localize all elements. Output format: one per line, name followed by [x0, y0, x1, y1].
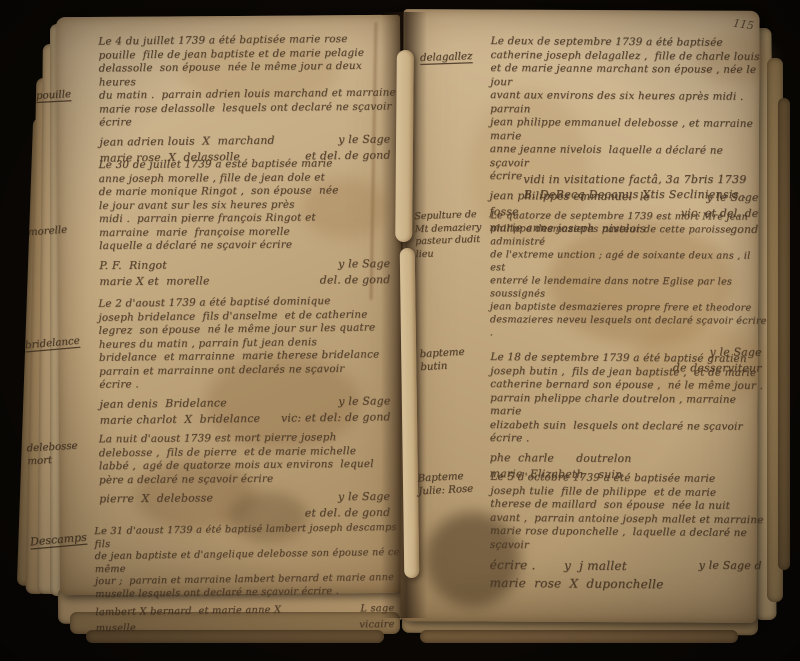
register-entry-butin: Le 18 de septembre 1739 a été baptisé gr… [490, 351, 766, 483]
signatures-parties: écrire . y j mallet marie rose X duponch… [489, 556, 663, 594]
signatures-officiant: y le Sage et del. de gond [305, 489, 397, 522]
signatures-parties: jean denis Bridelance marie charlot X br… [99, 394, 260, 428]
page-edge-strip [420, 630, 738, 643]
signatures-officiant: y le Sage del. de gond [320, 255, 397, 288]
signatures-officiant: L sage vicaire [322, 601, 400, 634]
entry-text: La nuit d'aoust 1739 est mort pierre jos… [99, 431, 396, 488]
register-entry-bridelance: Le 2 d'aoust 1739 a été baptisé dominiqu… [98, 294, 397, 428]
signature-row: P. F. Ringot marie X et morelle y le Sag… [99, 255, 396, 289]
entry-text: Le 5 d'octobre 1739 a été baptisée marie… [490, 471, 769, 554]
manuscript-photo: 115 pouille Le 4 du juillet 1739 a été b… [0, 0, 800, 661]
signatures-officiant: y le Sage vic: et del: de gond [281, 393, 397, 426]
page-edge-strip [778, 98, 790, 570]
entry-text: Le 18 de septembre 1739 a été baptisé gr… [490, 351, 766, 447]
register-entry-julie: Le 5 d'octobre 1739 a été baptisée marie… [489, 471, 768, 594]
register-entry-delebosse-death: La nuit d'aoust 1739 est mort pierre jos… [99, 431, 397, 524]
visitation-note: vidi in visitatione factâ, 3a 7bris 1739… [505, 172, 765, 202]
margin-note-bapteme-butin: bapteme butin [419, 347, 465, 374]
entry-text: Le deux de septembre 1739 a été baptisée… [490, 35, 766, 185]
margin-note-bapteme-julie: Bapteme Julie: Rose [417, 471, 473, 499]
signature-row: pierre X delebosse y le Sage et del. de … [99, 489, 396, 524]
signatures-parties: pierre X delebosse [99, 490, 213, 523]
margin-note-delebosse-mort: delebosse mort [26, 441, 78, 469]
entry-text: Le 2 d'aoust 1739 a été baptisé dominiqu… [98, 294, 396, 392]
entry-text: Le 31 d'aoust 1739 a été baptisé lambert… [94, 522, 400, 601]
signatures-parties: lambert X bernard et marie anne X musell… [95, 602, 322, 637]
register-entry-descamps: Le 31 d'aoust 1739 a été baptisé lambert… [94, 522, 401, 637]
margin-note-delagallez: delagallez [420, 51, 473, 65]
signature-row: écrire . y j mallet marie rose X duponch… [489, 556, 767, 594]
gutter-fold-strip [395, 50, 414, 242]
signature-row: lambert X bernard et marie anne X musell… [95, 601, 400, 637]
register-entry-morelle: Le 30 de juillet 1739 a esté baptisée ma… [99, 157, 397, 290]
entry-text: Le 4 du juillet 1739 a été baptisée mari… [98, 32, 396, 130]
register-entry-pouille: Le 4 du juillet 1739 a été baptisée mari… [98, 32, 396, 166]
entry-text: Le quatorze de septembre 1739 est mort M… [490, 209, 769, 340]
signature-row: jean denis Bridelance marie charlot X br… [99, 393, 396, 429]
signatures-officiant: y le Sage d [698, 558, 767, 595]
margin-note-pouille: pouille [36, 89, 72, 103]
register-entry-delagallez: Le deux de septembre 1739 a été baptisée… [489, 35, 765, 237]
margin-note-sepulture-pasteur: Sepulture de Mt demaziery pasteur dudit … [414, 209, 482, 261]
signatures-parties: P. F. Ringot marie X et morelle [99, 257, 209, 290]
entry-text: Le 30 de juillet 1739 a esté baptisée ma… [99, 157, 397, 254]
